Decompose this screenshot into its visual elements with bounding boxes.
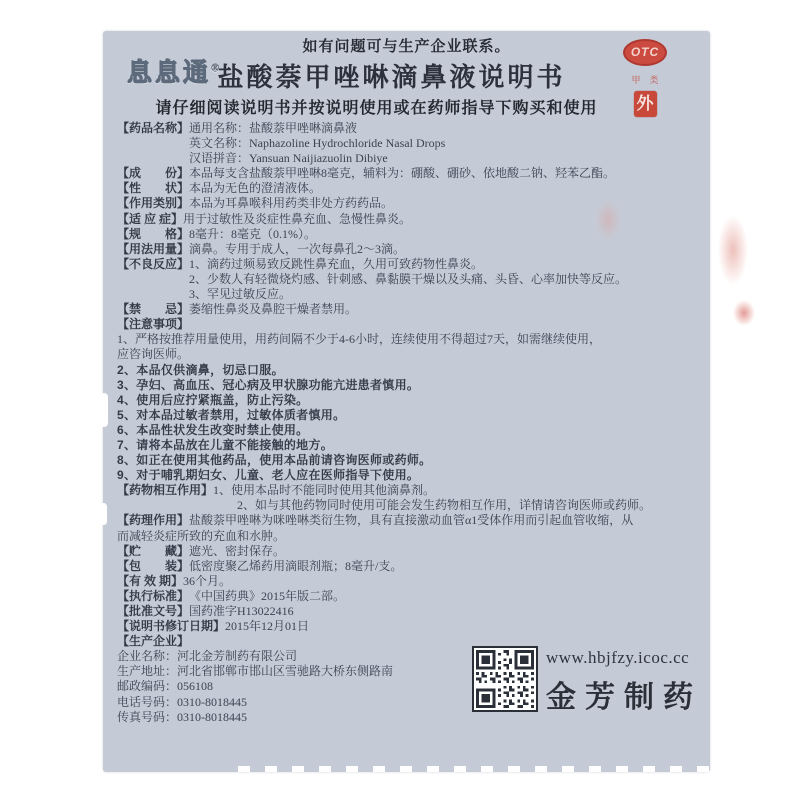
section-label: 【药理作用】 — [117, 513, 189, 528]
section-text: 本品为无色的澄清液体。 — [189, 181, 699, 196]
manufacturer-logo: 金芳制药 — [546, 672, 702, 716]
scan-notch — [100, 393, 108, 427]
body-line: 4、使用后应拧紧瓶盖，防止污染。 — [117, 393, 699, 408]
otc-class-label: 甲类 — [622, 73, 668, 86]
section-label: 【成 份】 — [117, 166, 189, 181]
section-text: 低密度聚乙烯药用滴眼剂瓶；8毫升/支。 — [189, 559, 699, 574]
section-text: 2015年12月01日 — [225, 619, 699, 634]
section-text: 盐酸萘甲唑啉为咪唑啉类衍生物，具有直接激动血管α1受体作用而引起血管收缩，从 — [189, 513, 699, 528]
body-line: 8、如正在使用其他药品，使用本品前请咨询医师或药师。 — [117, 453, 699, 468]
section-label: 【包 装】 — [117, 559, 189, 574]
body-line: 【注意事项】 — [117, 317, 699, 332]
section-text: 2、如与其他药物同时使用可能会发生药物相互作用，详情请咨询医师或药师。 — [237, 498, 699, 513]
qr-code-icon — [472, 646, 538, 712]
body-line: 2、本品仅供滴鼻，切忌口服。 — [117, 363, 699, 378]
body-line: 【药理作用】盐酸萘甲唑啉为咪唑啉类衍生物，具有直接激动血管α1受体作用而引起血管… — [117, 513, 699, 528]
body-line: 7、请将本品放在儿童不能接触的地方。 — [117, 438, 699, 453]
body-line: 3、罕见过敏反应。 — [117, 287, 699, 302]
scan-notch — [100, 503, 107, 525]
section-text: 本品每支含盐酸萘甲唑啉8毫克，辅料为：硼酸、硼砂、依地酸二钠、羟苯乙酯。 — [189, 166, 699, 181]
section-text: 9、对于哺乳期妇女、儿童、老人应在医师指导下使用。 — [117, 468, 699, 483]
section-text: 英文名称：Naphazoline Hydrochloride Nasal Dro… — [189, 136, 699, 151]
section-text: 36个月。 — [183, 574, 699, 589]
body-line: 【作用类别】本品为耳鼻喉科用药类非处方药药品。 — [117, 196, 699, 211]
section-text: 本品为耳鼻喉科用药类非处方药药品。 — [189, 196, 699, 211]
section-text: 萎缩性鼻炎及鼻腔干燥者禁用。 — [189, 302, 699, 317]
section-label: 【药品名称】 — [117, 121, 189, 136]
package-insert-sheet: 息息通® 盐酸萘甲唑啉滴鼻液说明书 OTC 甲类 外 请仔细阅读说明书并按说明使… — [103, 31, 710, 772]
section-text: 5、对本品过敏者禁用，过敏体质者慎用。 — [117, 408, 699, 423]
body-line: 【适 应 症】用于过敏性及炎症性鼻充血、急慢性鼻炎。 — [117, 212, 699, 227]
body-line: 【成 份】本品每支含盐酸萘甲唑啉8毫克，辅料为：硼酸、硼砂、依地酸二钠、羟苯乙酯… — [117, 166, 699, 181]
otc-oval-icon: OTC — [623, 39, 667, 66]
qr-code-svg — [476, 650, 534, 708]
manufacturer-info: www.hbjfzy.icoc.cc 金芳制药 — [546, 646, 702, 716]
body-line: 【有 效 期】36个月。 — [117, 574, 699, 589]
section-text: 4、使用后应拧紧瓶盖，防止污染。 — [117, 393, 699, 408]
body-line: 【批准文号】国药准字H13022416 — [117, 604, 699, 619]
section-label: 【有 效 期】 — [117, 574, 183, 589]
body-line: 【药物相互作用】1、使用本品时不能同时使用其他滴鼻剂。 — [117, 483, 699, 498]
body-line: 2、少数人有轻微烧灼感、针刺感、鼻黏膜干燥以及头痛、头昏、心率加快等反应。 — [117, 272, 699, 287]
section-text: 1、严格按推荐用量使用，用药间隔不少于4-6小时，连续使用不得超过7天，如需继续… — [117, 332, 699, 347]
body-line: 【包 装】低密度聚乙烯药用滴眼剂瓶；8毫升/支。 — [117, 559, 699, 574]
section-text: 2、本品仅供滴鼻，切忌口服。 — [117, 363, 699, 378]
body-line: 5、对本品过敏者禁用，过敏体质者慎用。 — [117, 408, 699, 423]
body-line: 【规 格】8毫升：8毫克（0.1%）。 — [117, 227, 699, 242]
body-line: 1、严格按推荐用量使用，用药间隔不少于4-6小时，连续使用不得超过7天，如需继续… — [117, 332, 699, 347]
body-line: 【药品名称】通用名称：盐酸萘甲唑啉滴鼻液 — [117, 121, 699, 136]
section-label: 【批准文号】 — [117, 604, 189, 619]
body-line: 而减轻炎症所致的充血和水肿。 — [117, 529, 699, 544]
section-text: 汉语拼音：Yansuan Naijiazuolin Dibiye — [189, 151, 699, 166]
section-text: 6、本品性状发生改变时禁止使用。 — [117, 423, 699, 438]
website-url: www.hbjfzy.icoc.cc — [546, 648, 702, 668]
body-line: 6、本品性状发生改变时禁止使用。 — [117, 423, 699, 438]
section-text: 应咨询医师。 — [117, 347, 699, 362]
section-label: 【贮 藏】 — [117, 544, 189, 559]
section-text: 8毫升：8毫克（0.1%）。 — [189, 227, 699, 242]
section-label: 【规 格】 — [117, 227, 189, 242]
section-text: 3、罕见过敏反应。 — [189, 287, 699, 302]
section-label: 【不良反应】 — [117, 257, 189, 272]
body-line: 2、如与其他药物同时使用可能会发生药物相互作用，详情请咨询医师或药师。 — [117, 498, 699, 513]
section-text: 而减轻炎症所致的充血和水肿。 — [117, 529, 699, 544]
section-text: 《中国药典》2015年版二部。 — [189, 589, 699, 604]
body-line: 【执行标准】《中国药典》2015年版二部。 — [117, 589, 699, 604]
section-text: 3、孕妇、高血压、冠心病及甲状腺功能亢进患者慎用。 — [117, 378, 699, 393]
body-line: 【性 状】本品为无色的澄清液体。 — [117, 181, 699, 196]
body-line: 应咨询医师。 — [117, 347, 699, 362]
body-line: 【贮 藏】遮光、密封保存。 — [117, 544, 699, 559]
section-text: 8、如正在使用其他药品，使用本品前请咨询医师或药师。 — [117, 453, 699, 468]
section-label: 【用法用量】 — [117, 242, 189, 257]
section-text: 1、使用本品时不能同时使用其他滴鼻剂。 — [213, 483, 699, 498]
section-text: 1、滴药过频易致反跳性鼻充血，久用可致药物性鼻炎。 — [189, 257, 699, 272]
section-label: 【性 状】 — [117, 181, 189, 196]
body-line: 【禁 忌】萎缩性鼻炎及鼻腔干燥者禁用。 — [117, 302, 699, 317]
scan-smudge — [718, 215, 748, 285]
section-text: 国药准字H13022416 — [189, 604, 699, 619]
section-text: 通用名称：盐酸萘甲唑啉滴鼻液 — [189, 121, 699, 136]
body-lines: 【药品名称】通用名称：盐酸萘甲唑啉滴鼻液英文名称：Naphazoline Hyd… — [117, 121, 699, 725]
page-title: 盐酸萘甲唑啉滴鼻液说明书 — [183, 57, 600, 94]
body-line: 英文名称：Naphazoline Hydrochloride Nasal Dro… — [117, 136, 699, 151]
section-text: 用于过敏性及炎症性鼻充血、急慢性鼻炎。 — [183, 212, 699, 227]
body-line: 3、孕妇、高血压、冠心病及甲状腺功能亢进患者慎用。 — [117, 378, 699, 393]
manufacturer-block: www.hbjfzy.icoc.cc 金芳制药 — [472, 646, 702, 716]
read-instructions-notice: 请仔细阅读说明书并按说明使用或在药师指导下购买和使用 — [103, 95, 650, 118]
section-label: 【执行标准】 — [117, 589, 189, 604]
body-line: 【说明书修订日期】2015年12月01日 — [117, 619, 699, 634]
section-text: 滴鼻。专用于成人，一次每鼻孔2～3滴。 — [189, 242, 699, 257]
section-label: 【说明书修订日期】 — [117, 619, 225, 634]
body-line: 汉语拼音：Yansuan Naijiazuolin Dibiye — [117, 151, 699, 166]
section-text: 7、请将本品放在儿童不能接触的地方。 — [117, 438, 699, 453]
section-label: 【生产企业】 — [117, 634, 189, 649]
perforation-marks — [238, 766, 710, 772]
body-line: 【用法用量】滴鼻。专用于成人，一次每鼻孔2～3滴。 — [117, 242, 699, 257]
scan-smudge — [733, 300, 755, 326]
section-label: 【作用类别】 — [117, 196, 189, 211]
body-line: 9、对于哺乳期妇女、儿童、老人应在医师指导下使用。 — [117, 468, 699, 483]
section-label: 【适 应 症】 — [117, 212, 183, 227]
section-label: 【注意事项】 — [117, 317, 189, 332]
page: { "colors": { "label_bg": "#c5cbd6", "bo… — [0, 0, 800, 800]
section-text: 2、少数人有轻微烧灼感、针刺感、鼻黏膜干燥以及头痛、头昏、心率加快等反应。 — [189, 272, 699, 287]
body-line: 【不良反应】1、滴药过频易致反跳性鼻充血，久用可致药物性鼻炎。 — [117, 257, 699, 272]
section-text: 遮光、密封保存。 — [189, 544, 699, 559]
section-label: 【禁 忌】 — [117, 302, 189, 317]
section-label: 【药物相互作用】 — [117, 483, 213, 498]
